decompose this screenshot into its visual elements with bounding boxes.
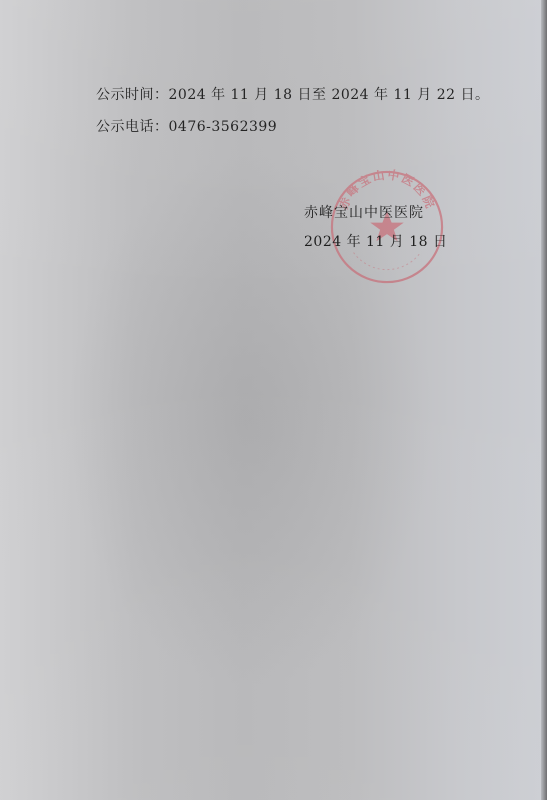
- paper-edge-shadow: [541, 0, 547, 800]
- official-seal-stamp: 赤峰宝山中医医院: [328, 168, 446, 286]
- svg-text:赤峰宝山中医医院: 赤峰宝山中医医院: [336, 168, 438, 212]
- notice-phone-value: 0476-3562399: [169, 119, 278, 135]
- notice-period-value: 2024 年 11 月 18 日至 2024 年 11 月 22 日。: [169, 87, 490, 103]
- notice-phone-label: 公示电话：: [96, 119, 169, 135]
- notice-phone-line: 公示电话：0476-3562399: [96, 116, 277, 136]
- signature-organization: 赤峰宝山中医医院: [304, 202, 424, 222]
- document-page: 公示时间：2024 年 11 月 18 日至 2024 年 11 月 22 日。…: [0, 0, 541, 800]
- notice-period-line: 公示时间：2024 年 11 月 18 日至 2024 年 11 月 22 日。: [96, 84, 489, 104]
- stamp-arc-text: 赤峰宝山中医医院: [336, 168, 438, 212]
- signature-date: 2024 年 11 月 18 日: [304, 231, 448, 251]
- star-icon: [370, 211, 403, 241]
- notice-period-label: 公示时间：: [96, 87, 169, 103]
